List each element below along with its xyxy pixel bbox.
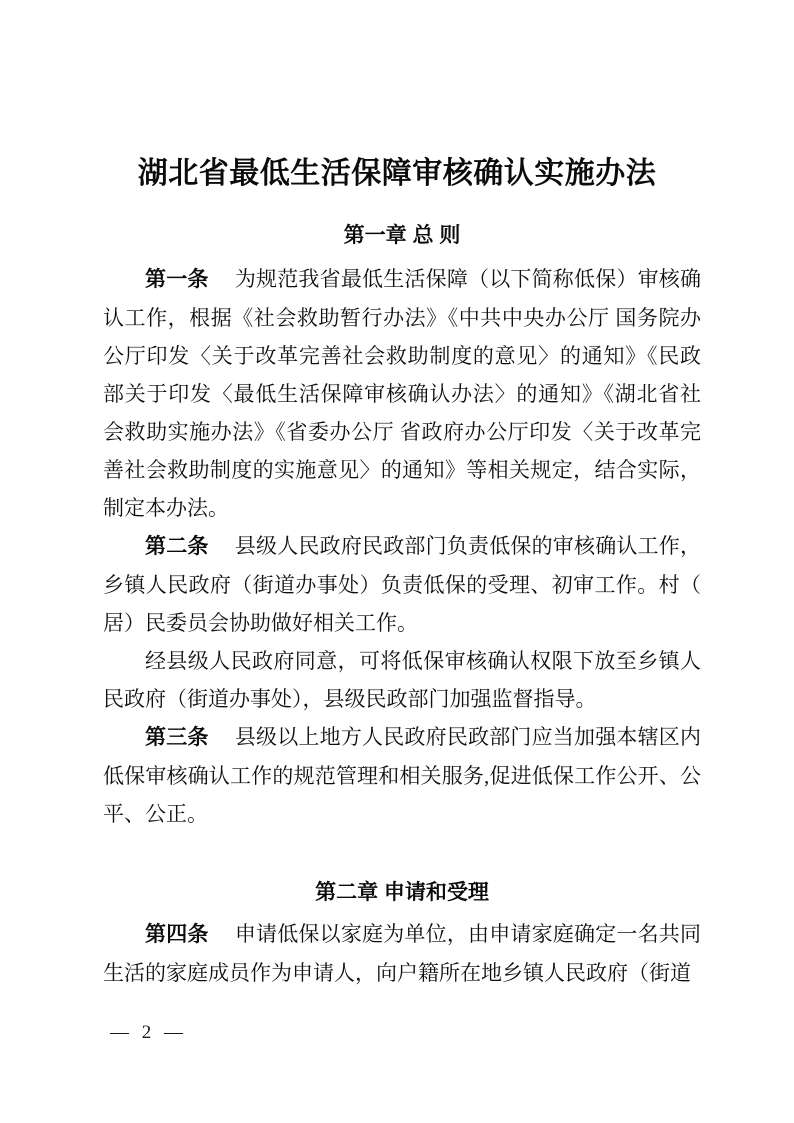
article-4: 第四条申请低保以家庭为单位，由申请家庭确定一名共同生活的家庭成员作为申请人，向户…	[103, 915, 701, 992]
document-page: 湖北省最低生活保障审核确认实施办法 第一章 总 则 第一条为规范我省最低生活保障…	[0, 0, 794, 1123]
article-2-label: 第二条	[145, 535, 209, 558]
document-body: 第一章 总 则 第一条为规范我省最低生活保障（以下简称低保）审核确认工作，根据《…	[103, 222, 701, 992]
chapter-heading-general: 第一章 总 则	[103, 222, 701, 250]
article-1-label: 第一条	[145, 268, 209, 291]
article-2-continuation: 经县级人民政府同意，可将低保审核确认权限下放至乡镇人民政府（街道办事处），县级民…	[103, 642, 701, 718]
article-4-label: 第四条	[145, 923, 209, 946]
article-2-continuation-text: 经县级人民政府同意，可将低保审核确认权限下放至乡镇人民政府（街道办事处），县级民…	[103, 649, 701, 711]
article-2: 第二条县级人民政府民政部门负责低保的审核确认工作，乡镇人民政府（街道办事处）负责…	[103, 527, 701, 642]
article-3-label: 第三条	[145, 726, 209, 749]
document-title: 湖北省最低生活保障审核确认实施办法	[0, 148, 794, 192]
chapter-heading-application: 第二章 申请和受理	[103, 879, 701, 907]
article-1-text: 为规范我省最低生活保障（以下简称低保）审核确认工作，根据《社会救助暂行办法》《中…	[103, 267, 701, 520]
article-1: 第一条为规范我省最低生活保障（以下简称低保）审核确认工作，根据《社会救助暂行办法…	[103, 260, 701, 527]
page-number: — 2 —	[110, 1022, 187, 1044]
article-3: 第三条县级以上地方人民政府民政部门应当加强本辖区内低保审核确认工作的规范管理和相…	[103, 718, 701, 833]
